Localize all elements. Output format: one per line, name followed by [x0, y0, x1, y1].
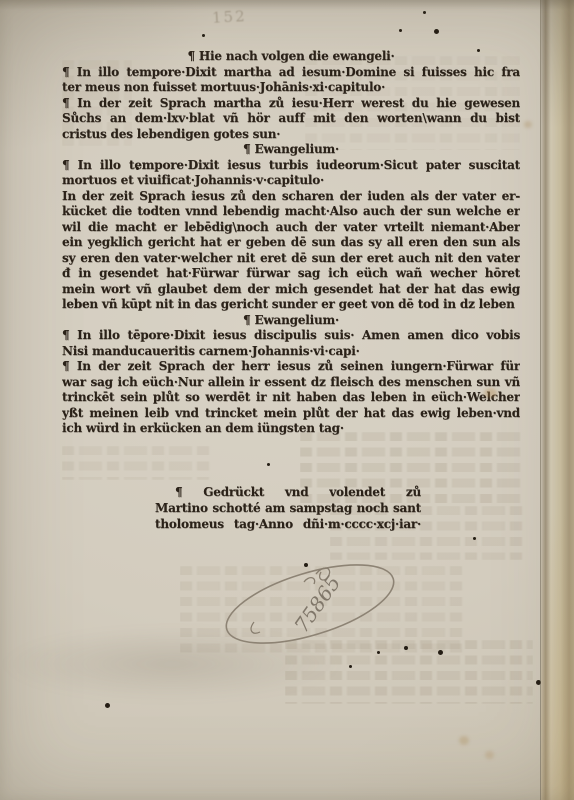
printed-text-block: ¶ Hie nach volgen die ewangeli·¶ In illo…: [62, 49, 520, 437]
ink-spot: [377, 651, 380, 654]
section-heading: ¶ Ewangelium·: [62, 313, 520, 329]
ink-spot: [267, 463, 270, 466]
foxing-stain: [524, 121, 532, 128]
ink-spot: [136, 167, 139, 170]
ink-spot: [202, 34, 205, 37]
ink-spot: [349, 665, 352, 668]
text-line: In der zeit Sprach iesus zů den scharen …: [62, 189, 520, 205]
ink-spot: [404, 646, 408, 650]
text-line: wil die macht er lebēdig\noch auch der v…: [62, 220, 520, 236]
colophon: ¶ Gedrückt vnd volendet zů Straßpurg vōM…: [155, 484, 421, 532]
text-line: ter meus non fuisset mortuus·Johānis·xi·…: [62, 80, 520, 96]
text-line: mortuos et viuificat·Johannis·v·capitulo…: [62, 173, 520, 189]
page-edge: [541, 0, 574, 800]
colophon-line: tholomeus tag·Anno dñi·m·cccc·xcj·iar·: [155, 516, 421, 532]
inscription-tail: [251, 622, 260, 633]
colophon-line: Martino schotté am sampstag noch sant Ba…: [155, 500, 421, 516]
text-line: kücket die todten vnnd lebendig macht·Al…: [62, 204, 520, 220]
text-line: ¶ In illo tēpore·Dixit iesus discipulis …: [62, 328, 520, 344]
foxing-stain: [484, 388, 497, 398]
text-line: cristus des lebendigen gotes sun·: [62, 127, 520, 143]
show-through-text: [62, 446, 212, 480]
text-line: ich würd in erkücken an dem iüngsten tag…: [62, 421, 520, 437]
text-line: Nisi manducaueritis carnem·Johannis·vi·c…: [62, 344, 520, 360]
ink-spot: [105, 703, 110, 708]
text-line: đ in gesendet hat·Fürwar fürwar sag ich …: [62, 266, 520, 282]
foxing-stain: [485, 751, 494, 759]
book-page-scan: 152 ¶ Hie nach volgen die ewangeli·¶ In …: [0, 0, 574, 800]
text-line: sy eren den vater·welcher nit eret dē su…: [62, 251, 520, 267]
ink-spot: [477, 49, 480, 52]
colophon-line: ¶ Gedrückt vnd volendet zů Straßpurg vō: [155, 484, 421, 500]
text-line: Sůchs an dem·lxv·blat vñ hör auff mit de…: [62, 111, 520, 127]
top-shadow: [0, 0, 574, 10]
text-line: trinckēt sein plůt so werdēt ir nit habe…: [62, 390, 520, 406]
text-line: leben vñ kūpt nit in das gericht sunder …: [62, 297, 520, 313]
text-line: ein yegklich gericht hat er geben dē sun…: [62, 235, 520, 251]
ink-spot: [473, 537, 476, 540]
text-line: ¶ In illo tempore·Dixit iesus turbis iud…: [62, 158, 520, 174]
ink-spot: [434, 29, 439, 34]
text-line: ¶ In illo tempore·Dixit martha ad iesum·…: [62, 65, 520, 81]
section-heading: ¶ Hie nach volgen die ewangeli·: [62, 49, 520, 65]
ink-spot: [423, 11, 426, 14]
text-line: ¶ In der zeit Sprach der herr iesus zů s…: [62, 359, 520, 375]
ink-spot: [438, 650, 443, 655]
handwritten-shelfmark: 75865: [208, 552, 418, 656]
foxing-stain: [459, 736, 469, 745]
text-line: war sag ich eüch·Nur allein ir essent dz…: [62, 375, 520, 391]
text-line: mein wort vñ glaubet dem der mich gesend…: [62, 282, 520, 298]
ink-spot: [304, 563, 308, 567]
text-line: yßt meinen leib vnd trincket mein plůt d…: [62, 406, 520, 422]
text-line: ¶ In der zeit Sprach martha zů iesu·Herr…: [62, 96, 520, 112]
section-heading: ¶ Ewangelium·: [62, 142, 520, 158]
ink-spot: [399, 29, 402, 32]
